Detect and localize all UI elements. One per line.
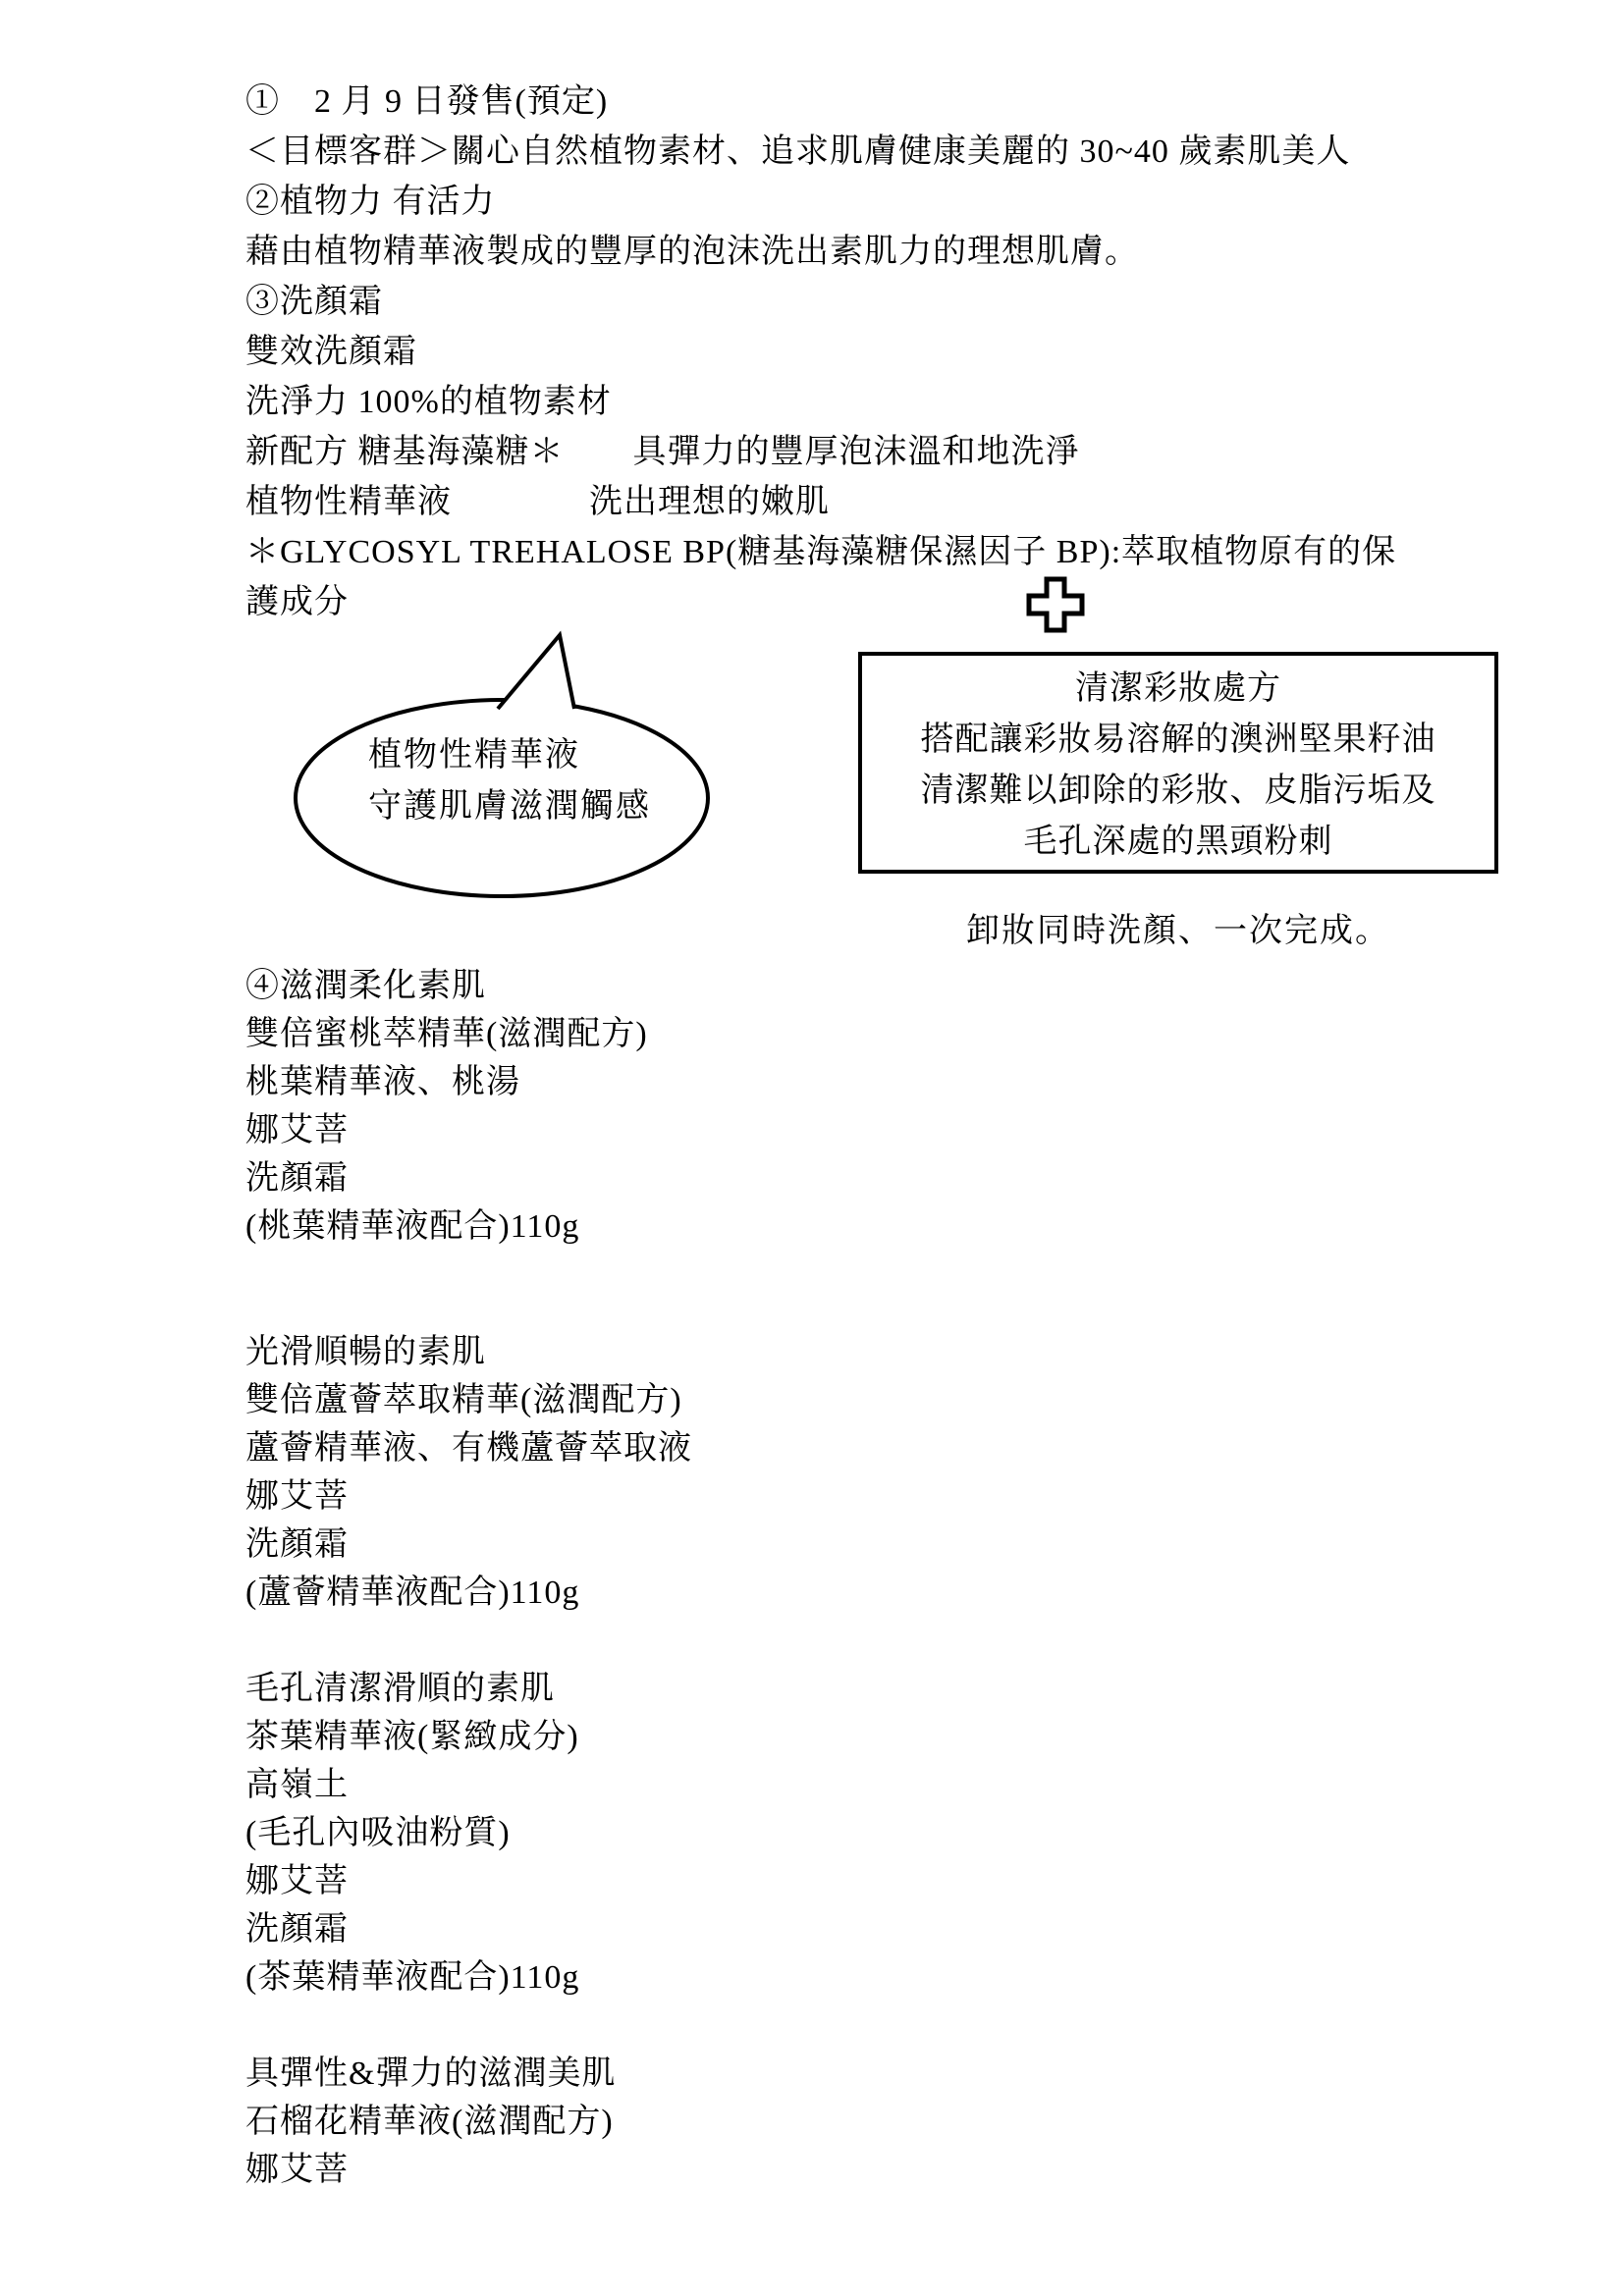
doc-line: 洗顏霜 bbox=[245, 1910, 349, 1949]
doc-line: 藉由植物精華液製成的豐厚的泡沫洗出素肌力的理想肌膚。 bbox=[245, 233, 1139, 272]
speech-bubble-text: 守護肌膚滋潤觸感 bbox=[368, 787, 651, 827]
doc-line: 娜艾菩 bbox=[245, 1862, 349, 1901]
doc-line: 光滑順暢的素肌 bbox=[245, 1333, 486, 1372]
doc-line: 洗顏霜 bbox=[245, 1159, 349, 1199]
callout-box-line: 清潔彩妝處方 bbox=[862, 669, 1494, 709]
doc-line: 茶葉精華液(緊緻成分) bbox=[245, 1718, 579, 1757]
conclusion-line: 卸妝同時洗顏、一次完成。 bbox=[858, 912, 1498, 951]
doc-line: 石榴花精華液(滋潤配方) bbox=[245, 2103, 614, 2142]
cross-arrow-icon bbox=[1021, 571, 1090, 640]
doc-line: ④滋潤柔化素肌 bbox=[245, 967, 486, 1006]
doc-line: 具彈性&彈力的滋潤美肌 bbox=[245, 2055, 616, 2094]
doc-line: (蘆薈精華液配合)110g bbox=[245, 1574, 579, 1613]
document-page: ① 2 月 9 日發售(預定) ＜目標客群＞關心自然植物素材、追求肌膚健康美麗的… bbox=[0, 0, 1624, 2296]
callout-box-line: 清潔難以卸除的彩妝、皮脂污垢及 bbox=[862, 772, 1494, 811]
doc-line: 桃葉精華液、桃湯 bbox=[245, 1063, 520, 1102]
doc-line: 新配方 糖基海藻糖＊ 具彈力的豐厚泡沫溫和地洗淨 bbox=[245, 433, 1080, 472]
doc-line: 植物性精華液 洗出理想的嫩肌 bbox=[245, 483, 830, 522]
doc-line: 雙倍蘆薈萃取精華(滋潤配方) bbox=[245, 1381, 682, 1420]
doc-line: 娜艾菩 bbox=[245, 1477, 349, 1517]
callout-box: 清潔彩妝處方 搭配讓彩妝易溶解的澳洲堅果籽油 清潔難以卸除的彩妝、皮脂污垢及 毛… bbox=[858, 652, 1498, 874]
doc-line: (毛孔內吸油粉質) bbox=[245, 1814, 511, 1853]
doc-line: 蘆薈精華液、有機蘆薈萃取液 bbox=[245, 1429, 692, 1468]
speech-bubble-text: 植物性精華液 bbox=[368, 736, 580, 775]
callout-box-line: 毛孔深處的黑頭粉刺 bbox=[862, 823, 1494, 862]
doc-line: 毛孔清潔滑順的素肌 bbox=[245, 1670, 555, 1709]
doc-line: 洗顏霜 bbox=[245, 1525, 349, 1565]
doc-line: 娜艾菩 bbox=[245, 2151, 349, 2190]
doc-line: 雙效洗顏霜 bbox=[245, 333, 417, 372]
doc-line: (桃葉精華液配合)110g bbox=[245, 1207, 579, 1247]
doc-line: ＊GLYCOSYL TREHALOSE BP(糖基海藻糖保濕因子 BP):萃取植… bbox=[245, 533, 1396, 572]
doc-line: 護成分 bbox=[245, 583, 349, 622]
doc-line: (茶葉精華液配合)110g bbox=[245, 1958, 579, 1998]
doc-line: 娜艾菩 bbox=[245, 1111, 349, 1150]
doc-line: 雙倍蜜桃萃精華(滋潤配方) bbox=[245, 1015, 648, 1054]
doc-line: ① 2 月 9 日發售(預定) bbox=[245, 82, 608, 122]
callout-box-line: 搭配讓彩妝易溶解的澳洲堅果籽油 bbox=[862, 721, 1494, 760]
doc-line: 洗淨力 100%的植物素材 bbox=[245, 383, 612, 422]
doc-line: ＜目標客群＞關心自然植物素材、追求肌膚健康美麗的 30~40 歲素肌美人 bbox=[245, 133, 1350, 172]
doc-line: ③洗顏霜 bbox=[245, 283, 383, 322]
doc-line: ②植物力 有活力 bbox=[245, 183, 496, 222]
doc-line: 高嶺土 bbox=[245, 1766, 349, 1805]
